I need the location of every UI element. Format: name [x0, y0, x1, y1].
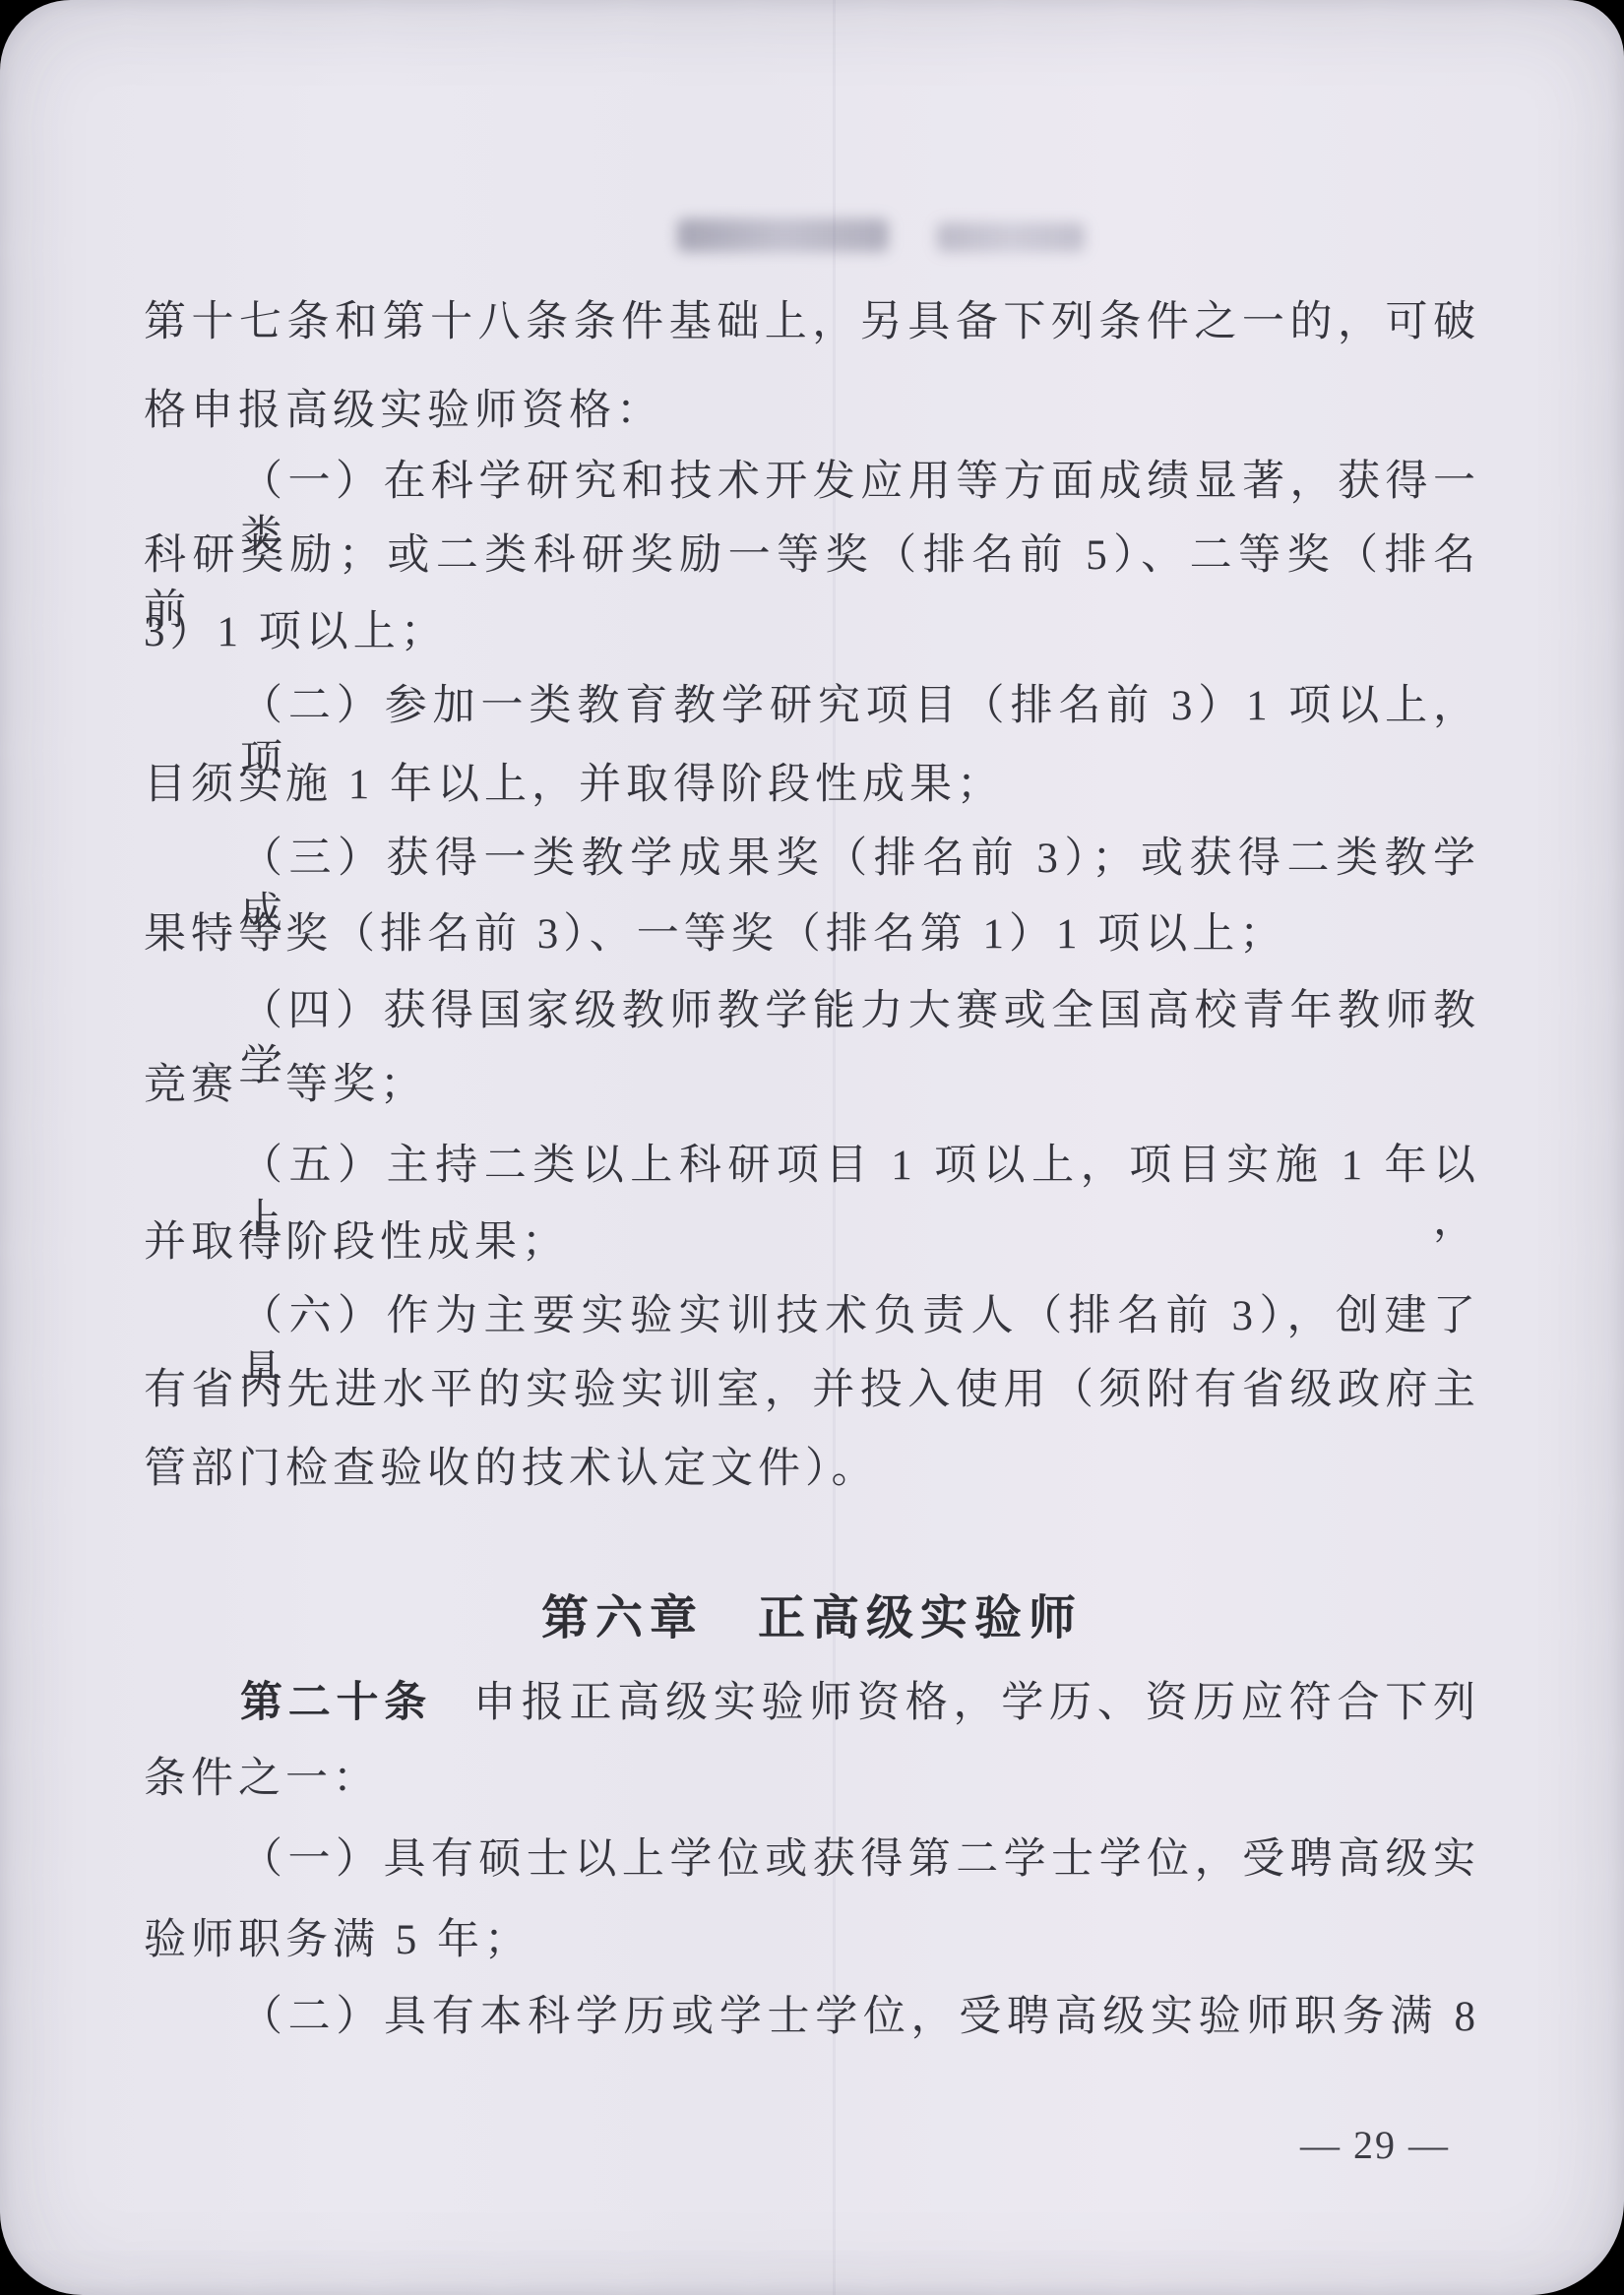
page-number: — 29 —: [1252, 2121, 1498, 2170]
text-line: 管部门检查验收的技术认定文件）。: [144, 1442, 1480, 1497]
chapter-heading: 第六章 正高级实验师: [144, 1589, 1480, 1648]
text-line: 目须实施 1 年以上，并取得阶段性成果；: [144, 758, 1480, 813]
text-line: 条件之一：: [144, 1752, 1480, 1807]
ink-bleed-through-smudge: [677, 218, 889, 252]
text-line: 第十七条和第十八条条件基础上，另具备下列条件之一的，可破: [144, 295, 1480, 350]
text-line: （二）参加一类教育教学研究项目（排名前 3）1 项以上，项: [144, 679, 1480, 734]
text-line: （三）获得一类教学成果奖（排名前 3）；或获得二类教学成: [144, 832, 1480, 887]
text-line: 竞赛一等奖；: [144, 1058, 1480, 1113]
text-line: （一）在科学研究和技术开发应用等方面成绩显著，获得一类: [144, 455, 1480, 510]
text-line: 科研奖励；或二类科研奖励一等奖（排名前 5）、二等奖（排名前: [144, 528, 1480, 584]
text-line: 验师职务满 5 年；: [144, 1913, 1480, 1968]
text-line: （二）具有本科学历或学士学位，受聘高级实验师职务满 8: [144, 1990, 1480, 2045]
text-line: 有省内先进水平的实验实训室，并投入使用（须附有省级政府主: [144, 1363, 1480, 1418]
ink-bleed-through-smudge: [937, 222, 1085, 252]
scanned-page: 第十七条和第十八条条件基础上，另具备下列条件之一的，可破 格申报高级实验师资格：…: [0, 0, 1624, 2295]
text-line: （一）具有硕士以上学位或获得第二学士学位，受聘高级实: [144, 1832, 1480, 1888]
article-number-label: 第二十条: [240, 1679, 432, 1726]
text-line: （五）主持二类以上科研项目 1 项以上，项目实施 1 年以上，: [144, 1139, 1480, 1194]
text-line: 并取得阶段性成果；: [144, 1215, 1480, 1271]
text-line: 格申报高级实验师资格：: [144, 384, 1480, 439]
text-line: （六）作为主要实验实训技术负责人（排名前 3），创建了具: [144, 1289, 1480, 1344]
text-line: （四）获得国家级教师教学能力大赛或全国高校青年教师教学: [144, 984, 1480, 1039]
text-line: 3）1 项以上；: [144, 605, 1480, 660]
article-text: 申报正高级实验师资格，学历、资历应符合下列: [473, 1680, 1480, 1726]
text-line: 果特等奖（排名前 3）、一等奖（排名第 1）1 项以上；: [144, 907, 1480, 962]
article-line: 第二十条申报正高级实验师资格，学历、资历应符合下列: [144, 1675, 1480, 1730]
